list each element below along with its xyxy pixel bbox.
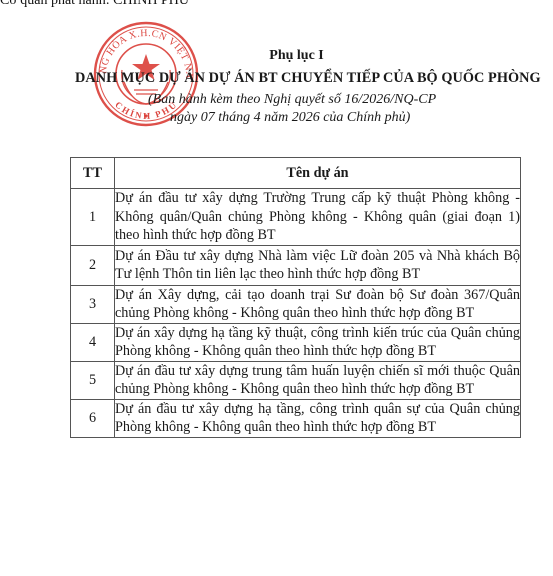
table-row: 5 Dự án đầu tư xây dựng trung tâm huấn l… — [71, 361, 521, 399]
table-row: 3 Dự án Xây dựng, cải tạo doanh trại Sư … — [71, 285, 521, 323]
project-name: Dự án đầu tư xây dựng trung tâm huấn luy… — [115, 361, 521, 399]
row-number: 5 — [71, 361, 115, 399]
table-row: 1 Dự án đầu tư xây dựng Trường Trung cấp… — [71, 189, 521, 246]
appendix-label: Phụ lục I — [0, 48, 553, 64]
project-name: Dự án Xây dựng, cải tạo doanh trại Sư đo… — [115, 285, 521, 323]
subtitle-resolution: (Ban hành kèm theo Nghị quyết số 16/2026… — [148, 92, 436, 108]
row-number: 3 — [71, 285, 115, 323]
table-header-row: TT Tên dự án — [71, 158, 521, 189]
project-name: Dự án xây dựng hạ tầng kỹ thuật, công tr… — [115, 323, 521, 361]
row-number: 4 — [71, 323, 115, 361]
table-row: 4 Dự án xây dựng hạ tầng kỹ thuật, công … — [71, 323, 521, 361]
project-name: Dự án đầu tư xây dựng hạ tầng, công trìn… — [115, 399, 521, 437]
project-table: TT Tên dự án 1 Dự án đầu tư xây dựng Trư… — [70, 157, 521, 438]
table-row: 2 Dự án Đầu tư xây dựng Nhà làm việc Lữ … — [71, 245, 521, 285]
subtitle-date: ngày 07 tháng 4 năm 2026 của Chính phủ) — [170, 110, 410, 126]
project-name: Dự án Đầu tư xây dựng Nhà làm việc Lữ đo… — [115, 245, 521, 285]
row-number: 6 — [71, 399, 115, 437]
project-name: Dự án đầu tư xây dựng Trường Trung cấp k… — [115, 189, 521, 246]
row-number: 2 — [71, 245, 115, 285]
column-header-project-name: Tên dự án — [115, 158, 521, 189]
document-heading: DANH MỤC DỰ ÁN DỰ ÁN BT CHUYỂN TIẾP CỦA … — [75, 70, 541, 87]
issuer-line: Cơ quan phát hành: CHÍNH PHỦ — [0, 0, 189, 9]
column-header-tt: TT — [71, 158, 115, 189]
row-number: 1 — [71, 189, 115, 246]
table-row: 6 Dự án đầu tư xây dựng hạ tầng, công tr… — [71, 399, 521, 437]
